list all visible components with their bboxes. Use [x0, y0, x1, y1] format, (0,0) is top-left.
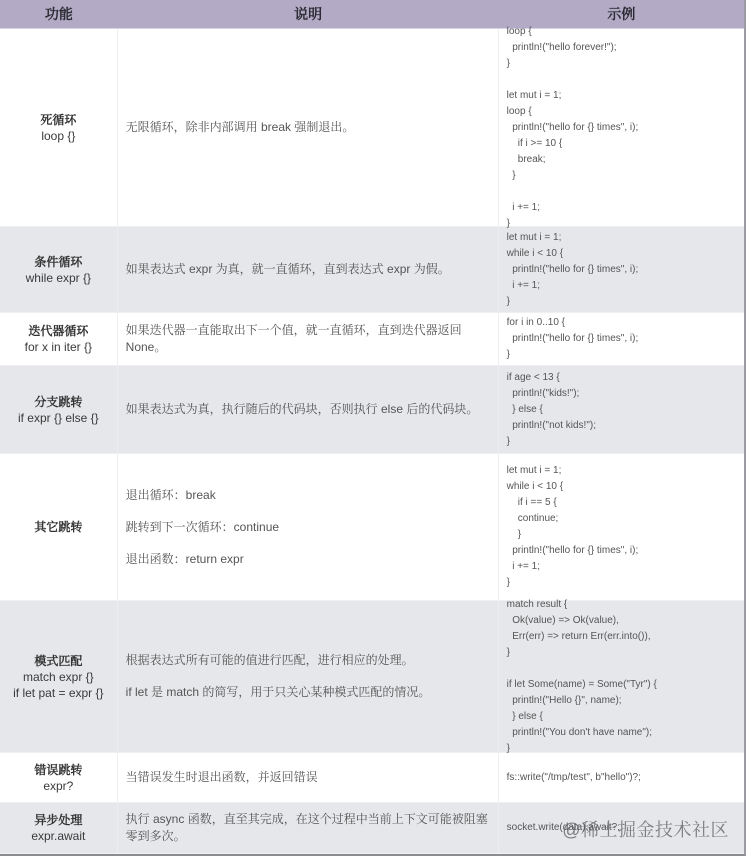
- feature-cell: 分支跳转 if expr {} else {}: [0, 366, 118, 453]
- code-example: match result { Ok(value) => Ok(value), E…: [507, 597, 657, 757]
- watermark: @稀土掘金技术社区: [562, 816, 729, 842]
- code-example: if age < 13 { println!("kids!"); } else …: [507, 370, 596, 450]
- feature-name: 模式匹配: [34, 653, 82, 669]
- description-text: 如果迭代器一直能取出下一个值，就一直循环，直到迭代器返回 None。: [126, 322, 490, 356]
- feature-name: 条件循环: [34, 254, 82, 270]
- feature-cell: 异步处理 expr.await: [0, 803, 118, 853]
- example-cell: if age < 13 { println!("kids!"); } else …: [499, 366, 744, 453]
- table-row: 迭代器循环 for x in iter {} 如果迭代器一直能取出下一个值，就一…: [0, 313, 744, 366]
- feature-name: 迭代器循环: [28, 323, 88, 339]
- code-example: for i in 0..10 { println!("hello for {} …: [507, 315, 639, 363]
- example-cell: for i in 0..10 { println!("hello for {} …: [499, 313, 744, 365]
- description-cell: 如果表达式 expr 为真，就一直循环，直到表达式 expr 为假。: [118, 227, 499, 312]
- description-cell: 如果表达式为真，执行随后的代码块，否则执行 else 后的代码块。: [118, 366, 499, 453]
- example-cell: let mut i = 1; while i < 10 { if i == 5 …: [499, 454, 744, 600]
- feature-syntax: for x in iter {}: [25, 339, 92, 355]
- description-text: 如果表达式 expr 为真，就一直循环，直到表达式 expr 为假。: [126, 261, 490, 278]
- description-text: 跳转到下一次循环：continue: [126, 519, 490, 536]
- feature-name: 死循环: [40, 112, 76, 128]
- feature-name: 错误跳转: [34, 762, 82, 778]
- feature-name: 异步处理: [34, 812, 82, 828]
- table-row: 其它跳转 退出循环：break 跳转到下一次循环：continue 退出函数：r…: [0, 454, 744, 601]
- description-text: 当错误发生时退出函数，并返回错误: [126, 769, 490, 786]
- feature-cell: 死循环 loop {}: [0, 29, 118, 226]
- feature-cell: 条件循环 while expr {}: [0, 227, 118, 312]
- description-cell: 根据表达式所有可能的值进行匹配，进行相应的处理。 if let 是 match …: [118, 601, 499, 752]
- table-row: 模式匹配 match expr {} if let pat = expr {} …: [0, 601, 744, 753]
- description-text: 退出循环：break: [126, 487, 490, 504]
- feature-syntax: expr?: [43, 778, 73, 794]
- table-row: 死循环 loop {} 无限循环，除非内部调用 break 强制退出。 loop…: [0, 29, 744, 227]
- description-cell: 无限循环，除非内部调用 break 强制退出。: [118, 29, 499, 226]
- feature-syntax: expr.await: [31, 828, 85, 844]
- table-row: 分支跳转 if expr {} else {} 如果表达式为真，执行随后的代码块…: [0, 366, 744, 454]
- example-cell: let mut i = 1; while i < 10 { println!("…: [499, 227, 744, 312]
- table-row: 条件循环 while expr {} 如果表达式 expr 为真，就一直循环，直…: [0, 227, 744, 313]
- description-cell: 如果迭代器一直能取出下一个值，就一直循环，直到迭代器返回 None。: [118, 313, 499, 365]
- feature-cell: 错误跳转 expr?: [0, 753, 118, 802]
- description-cell: 当错误发生时退出函数，并返回错误: [118, 753, 499, 802]
- feature-cell: 模式匹配 match expr {} if let pat = expr {}: [0, 601, 118, 752]
- description-text: 退出函数：return expr: [126, 551, 490, 568]
- example-cell: loop { println!("hello forever!"); } let…: [499, 29, 744, 226]
- header-feature: 功能: [0, 0, 118, 28]
- code-example: let mut i = 1; while i < 10 { println!("…: [507, 230, 639, 310]
- code-example: let mut i = 1; while i < 10 { if i == 5 …: [507, 463, 639, 591]
- code-example: fs::write("/tmp/test", b"hello")?;: [507, 770, 641, 786]
- description-text: 无限循环，除非内部调用 break 强制退出。: [126, 119, 490, 136]
- description-text: 根据表达式所有可能的值进行匹配，进行相应的处理。: [126, 652, 490, 669]
- example-cell: fs::write("/tmp/test", b"hello")?;: [499, 753, 744, 802]
- feature-name: 分支跳转: [34, 394, 82, 410]
- description-cell: 执行 async 函数，直至其完成，在这个过程中当前上下文可能被阻塞零到多次。: [118, 803, 499, 853]
- code-example: loop { println!("hello forever!"); } let…: [507, 24, 639, 232]
- description-text: 执行 async 函数，直至其完成，在这个过程中当前上下文可能被阻塞零到多次。: [126, 811, 490, 845]
- description-text: 如果表达式为真，执行随后的代码块，否则执行 else 后的代码块。: [126, 401, 490, 418]
- feature-cell: 其它跳转: [0, 454, 118, 600]
- feature-syntax: loop {}: [41, 128, 75, 144]
- table-row: 错误跳转 expr? 当错误发生时退出函数，并返回错误 fs::write("/…: [0, 753, 744, 803]
- control-flow-table: 功能 说明 示例 死循环 loop {} 无限循环，除非内部调用 break 强…: [0, 0, 746, 856]
- feature-syntax: if expr {} else {}: [18, 410, 99, 426]
- feature-syntax: match expr {} if let pat = expr {}: [13, 669, 103, 701]
- example-cell: match result { Ok(value) => Ok(value), E…: [499, 601, 744, 752]
- feature-cell: 迭代器循环 for x in iter {}: [0, 313, 118, 365]
- feature-name: 其它跳转: [34, 519, 82, 535]
- header-description: 说明: [118, 0, 499, 28]
- feature-syntax: while expr {}: [26, 270, 91, 286]
- description-cell: 退出循环：break 跳转到下一次循环：continue 退出函数：return…: [118, 454, 499, 600]
- description-text: if let 是 match 的简写，用于只关心某种模式匹配的情况。: [126, 684, 490, 701]
